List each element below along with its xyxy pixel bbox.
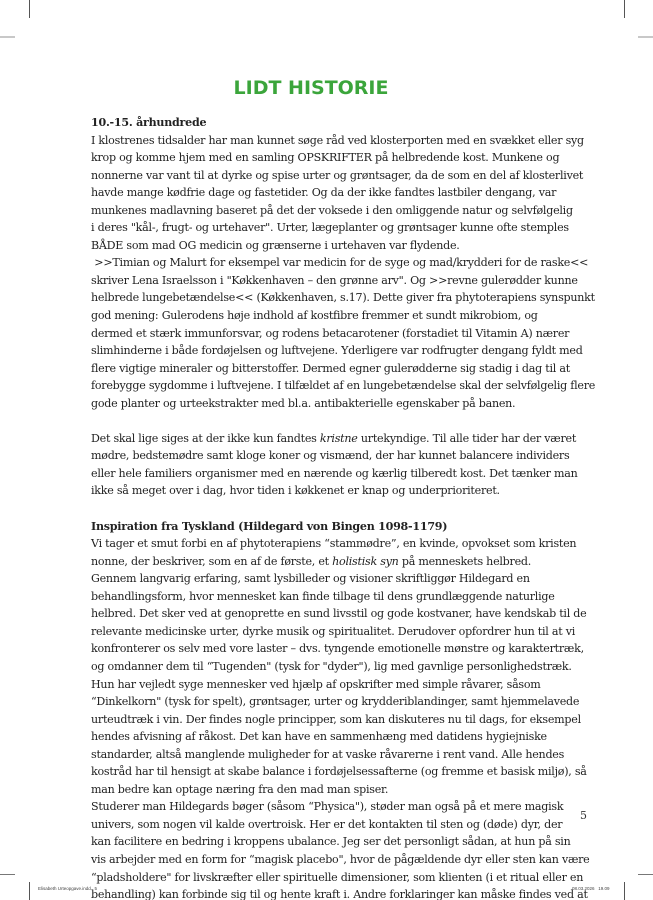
text-line: Vi tager et smut forbi en af phytoterapi…: [91, 535, 537, 553]
text-line: univers, som nogen vil kalde overtroisk.…: [91, 816, 537, 834]
italic-phrase: holistisk syn: [332, 555, 398, 568]
paragraph-gap: [91, 500, 537, 518]
text-segment: urtekyndige. Til alle tider har der være…: [358, 432, 576, 445]
text-line: behandlingsform, hvor mennesket kan find…: [91, 588, 537, 606]
text-line: slimhinderne i både fordøjelsen og luftv…: [91, 342, 537, 360]
text-line: vis arbejder med en form for “magisk pla…: [91, 851, 537, 869]
paragraph-gap: [91, 412, 537, 430]
text-line: eller hele familiers organismer med en n…: [91, 465, 537, 483]
text-line: dermed et stærk immunforsvar, og rodens …: [91, 325, 537, 343]
text-line: helbred. Det sker ved at genoprette en s…: [91, 605, 537, 623]
section-heading: Inspiration fra Tyskland (Hildegard von …: [91, 518, 537, 536]
text-segment: Det skal lige siges at der ikke kun fand…: [91, 432, 320, 445]
text-line: man bedre kan optage næring fra den mad …: [91, 781, 537, 799]
text-line: Det skal lige siges at der ikke kun fand…: [91, 430, 537, 448]
text-line: kan facilitere en bedring i kroppens uba…: [91, 833, 537, 851]
crop-mark-top-left-horizontal: [0, 36, 15, 38]
text-line: nonnerne var vant til at dyrke og spise …: [91, 167, 537, 185]
crop-mark-top-right-vertical: [624, 0, 625, 18]
text-line: Gennem langvarig erfaring, samt lysbille…: [91, 570, 537, 588]
text-segment: nonne, der beskriver, som en af de først…: [91, 555, 332, 568]
text-line: nonne, der beskriver, som en af de først…: [91, 553, 537, 571]
text-line: BÅDE som mad OG medicin og grænserne i u…: [91, 237, 537, 255]
text-line: havde mange kødfrie dage og fastetider. …: [91, 184, 537, 202]
text-line: krop og komme hjem med en samling OPSKRI…: [91, 149, 537, 167]
text-line: forebygge sygdomme i luftvejene. I tilfæ…: [91, 377, 537, 395]
text-line: munkenes madlavning baseret på det der v…: [91, 202, 537, 220]
text-line: hendes afvisning af råkost. Det kan have…: [91, 728, 537, 746]
page-number: 5: [580, 809, 587, 822]
text-line: ikke så meget over i dag, hvor tiden i k…: [91, 482, 537, 500]
crop-mark-bottom-left-horizontal: [0, 874, 15, 875]
crop-mark-bottom-right-horizontal: [638, 874, 653, 875]
text-line: I klostrenes tidsalder har man kunnet sø…: [91, 132, 537, 150]
text-line: Hun har vejledt syge mennesker ved hjælp…: [91, 676, 537, 694]
text-line: mødre, bedstemødre samt kloge koner og v…: [91, 447, 537, 465]
text-line: helbrede lungebetændelse<< (Køkkenhaven,…: [91, 289, 537, 307]
text-line: Studerer man Hildegards bøger (såsom “Ph…: [91, 798, 537, 816]
text-line: flere vigtige mineraler og bitterstoffer…: [91, 360, 537, 378]
text-line: urteudtræk i vin. Der findes nogle princ…: [91, 711, 537, 729]
text-line: konfronterer os selv med vore laster – d…: [91, 640, 537, 658]
crop-mark-top-left-vertical: [29, 0, 30, 18]
italic-word: kristne: [320, 432, 358, 445]
text-line: gode planter og urteekstrakter med bl.a.…: [91, 395, 537, 413]
slug-datetime: 08.03.2026 19.09: [572, 886, 610, 891]
body-text: 10.-15. århundrede I klostrenes tidsalde…: [91, 114, 537, 900]
section-heading: 10.-15. århundrede: [91, 114, 537, 132]
slug-filename: Elisabeth Urteopgave.indd 5: [38, 886, 97, 891]
text-line: og omdanner dem til “Tugenden" (tysk for…: [91, 658, 537, 676]
text-line: i deres "kål-, frugt- og urtehaver". Urt…: [91, 219, 537, 237]
crop-mark-top-right-horizontal: [638, 36, 653, 38]
text-line: standarder, altså manglende muligheder f…: [91, 746, 537, 764]
text-line: “Dinkelkorn" (tysk for spelt), grøntsage…: [91, 693, 537, 711]
text-line: relevante medicinske urter, dyrke musik …: [91, 623, 537, 641]
text-line: behandling) kan forbinde sig til og hent…: [91, 886, 537, 900]
text-line: “pladsholdere" for livskræfter eller spi…: [91, 869, 537, 887]
text-line: >>Timian og Malurt for eksempel var medi…: [91, 254, 537, 272]
page-title: LIDT HISTORIE: [0, 77, 622, 99]
text-line: skriver Lena Israelsson i "Køkkenhaven –…: [91, 272, 537, 290]
text-line: god mening: Gulerodens høje indhold af k…: [91, 307, 537, 325]
crop-mark-bottom-right-vertical: [624, 882, 625, 900]
text-segment: på menneskets helbred.: [399, 555, 531, 568]
text-line: kostråd har til hensigt at skabe balance…: [91, 763, 537, 781]
crop-mark-bottom-left-vertical: [29, 882, 30, 900]
